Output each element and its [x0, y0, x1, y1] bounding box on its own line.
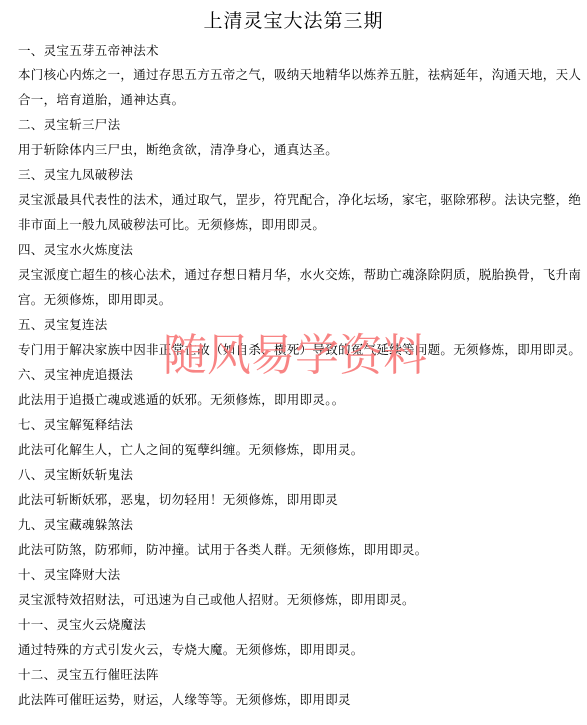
section-body: 非市面上一般九凤破秽法可比。无须修炼，即用即灵。: [18, 217, 325, 233]
section-body: 此法用于追摄亡魂或逃遁的妖邪。无须修炼，即用即灵。。: [18, 392, 345, 408]
section-heading: 六、灵宝神虎追摄法: [18, 367, 133, 383]
section-heading: 七、灵宝解冤释结法: [18, 417, 133, 433]
section-body: 用于斩除体内三尸虫，断绝贪欲，清净身心，通真达圣。: [18, 142, 338, 158]
section-body: 此法可化解生人，亡人之间的冤孽纠缠。无须修炼，即用灵。: [18, 442, 364, 458]
section-heading: 十、灵宝降财大法: [18, 567, 120, 583]
section-body: 此法可防煞，防邪师，防冲撞。试用于各类人群。无须修炼，即用即灵。: [18, 542, 428, 558]
section-heading: 四、灵宝水火炼度法: [18, 242, 133, 258]
section-body: 合一，培育道胎，通神达真。: [18, 92, 184, 108]
section-body: 灵宝派特效招财法，可迅速为自己或他人招财。无须修炼，即用即灵。: [18, 592, 415, 608]
section-body: 灵宝派度亡超生的核心法术，通过存想日精月华，水火交炼，帮助亡魂涤除阴质，脱胎换骨…: [18, 267, 581, 283]
section-body: 灵宝派最具代表性的法术，通过取气，罡步，符咒配合，净化坛场，家宅，驱除邪秽。法诀…: [18, 192, 581, 208]
section-body: 通过特殊的方式引发火云，专烧大魔。无须修炼，即用即灵。: [18, 642, 364, 658]
section-body: 本门核心内炼之一，通过存思五方五帝之气，吸纳天地精华以炼养五脏，祛病延年，沟通天…: [18, 67, 581, 83]
section-body: 宫。无须修炼，即用即灵。: [18, 292, 172, 308]
section-heading: 五、灵宝复连法: [18, 317, 108, 333]
section-heading: 一、灵宝五芽五帝神法术: [18, 43, 159, 59]
section-heading: 二、灵宝斩三尸法: [18, 117, 120, 133]
section-body: 此法阵可催旺运势，财运，人缘等等。无须修炼，即用即灵: [18, 692, 351, 708]
section-heading: 九、灵宝藏魂躲煞法: [18, 517, 133, 533]
document-title: 上清灵宝大法第三期: [0, 8, 587, 34]
section-heading: 十一、灵宝火云烧魔法: [18, 617, 146, 633]
section-heading: 十二、灵宝五行催旺法阵: [18, 667, 159, 683]
section-heading: 八、灵宝断妖斩鬼法: [18, 467, 133, 483]
watermark: 随风易学资料: [163, 330, 427, 382]
section-heading: 三、灵宝九凤破秽法: [18, 167, 133, 183]
section-body: 此法可斩断妖邪，恶鬼，切勿轻用！无须修炼，即用即灵: [18, 492, 338, 508]
